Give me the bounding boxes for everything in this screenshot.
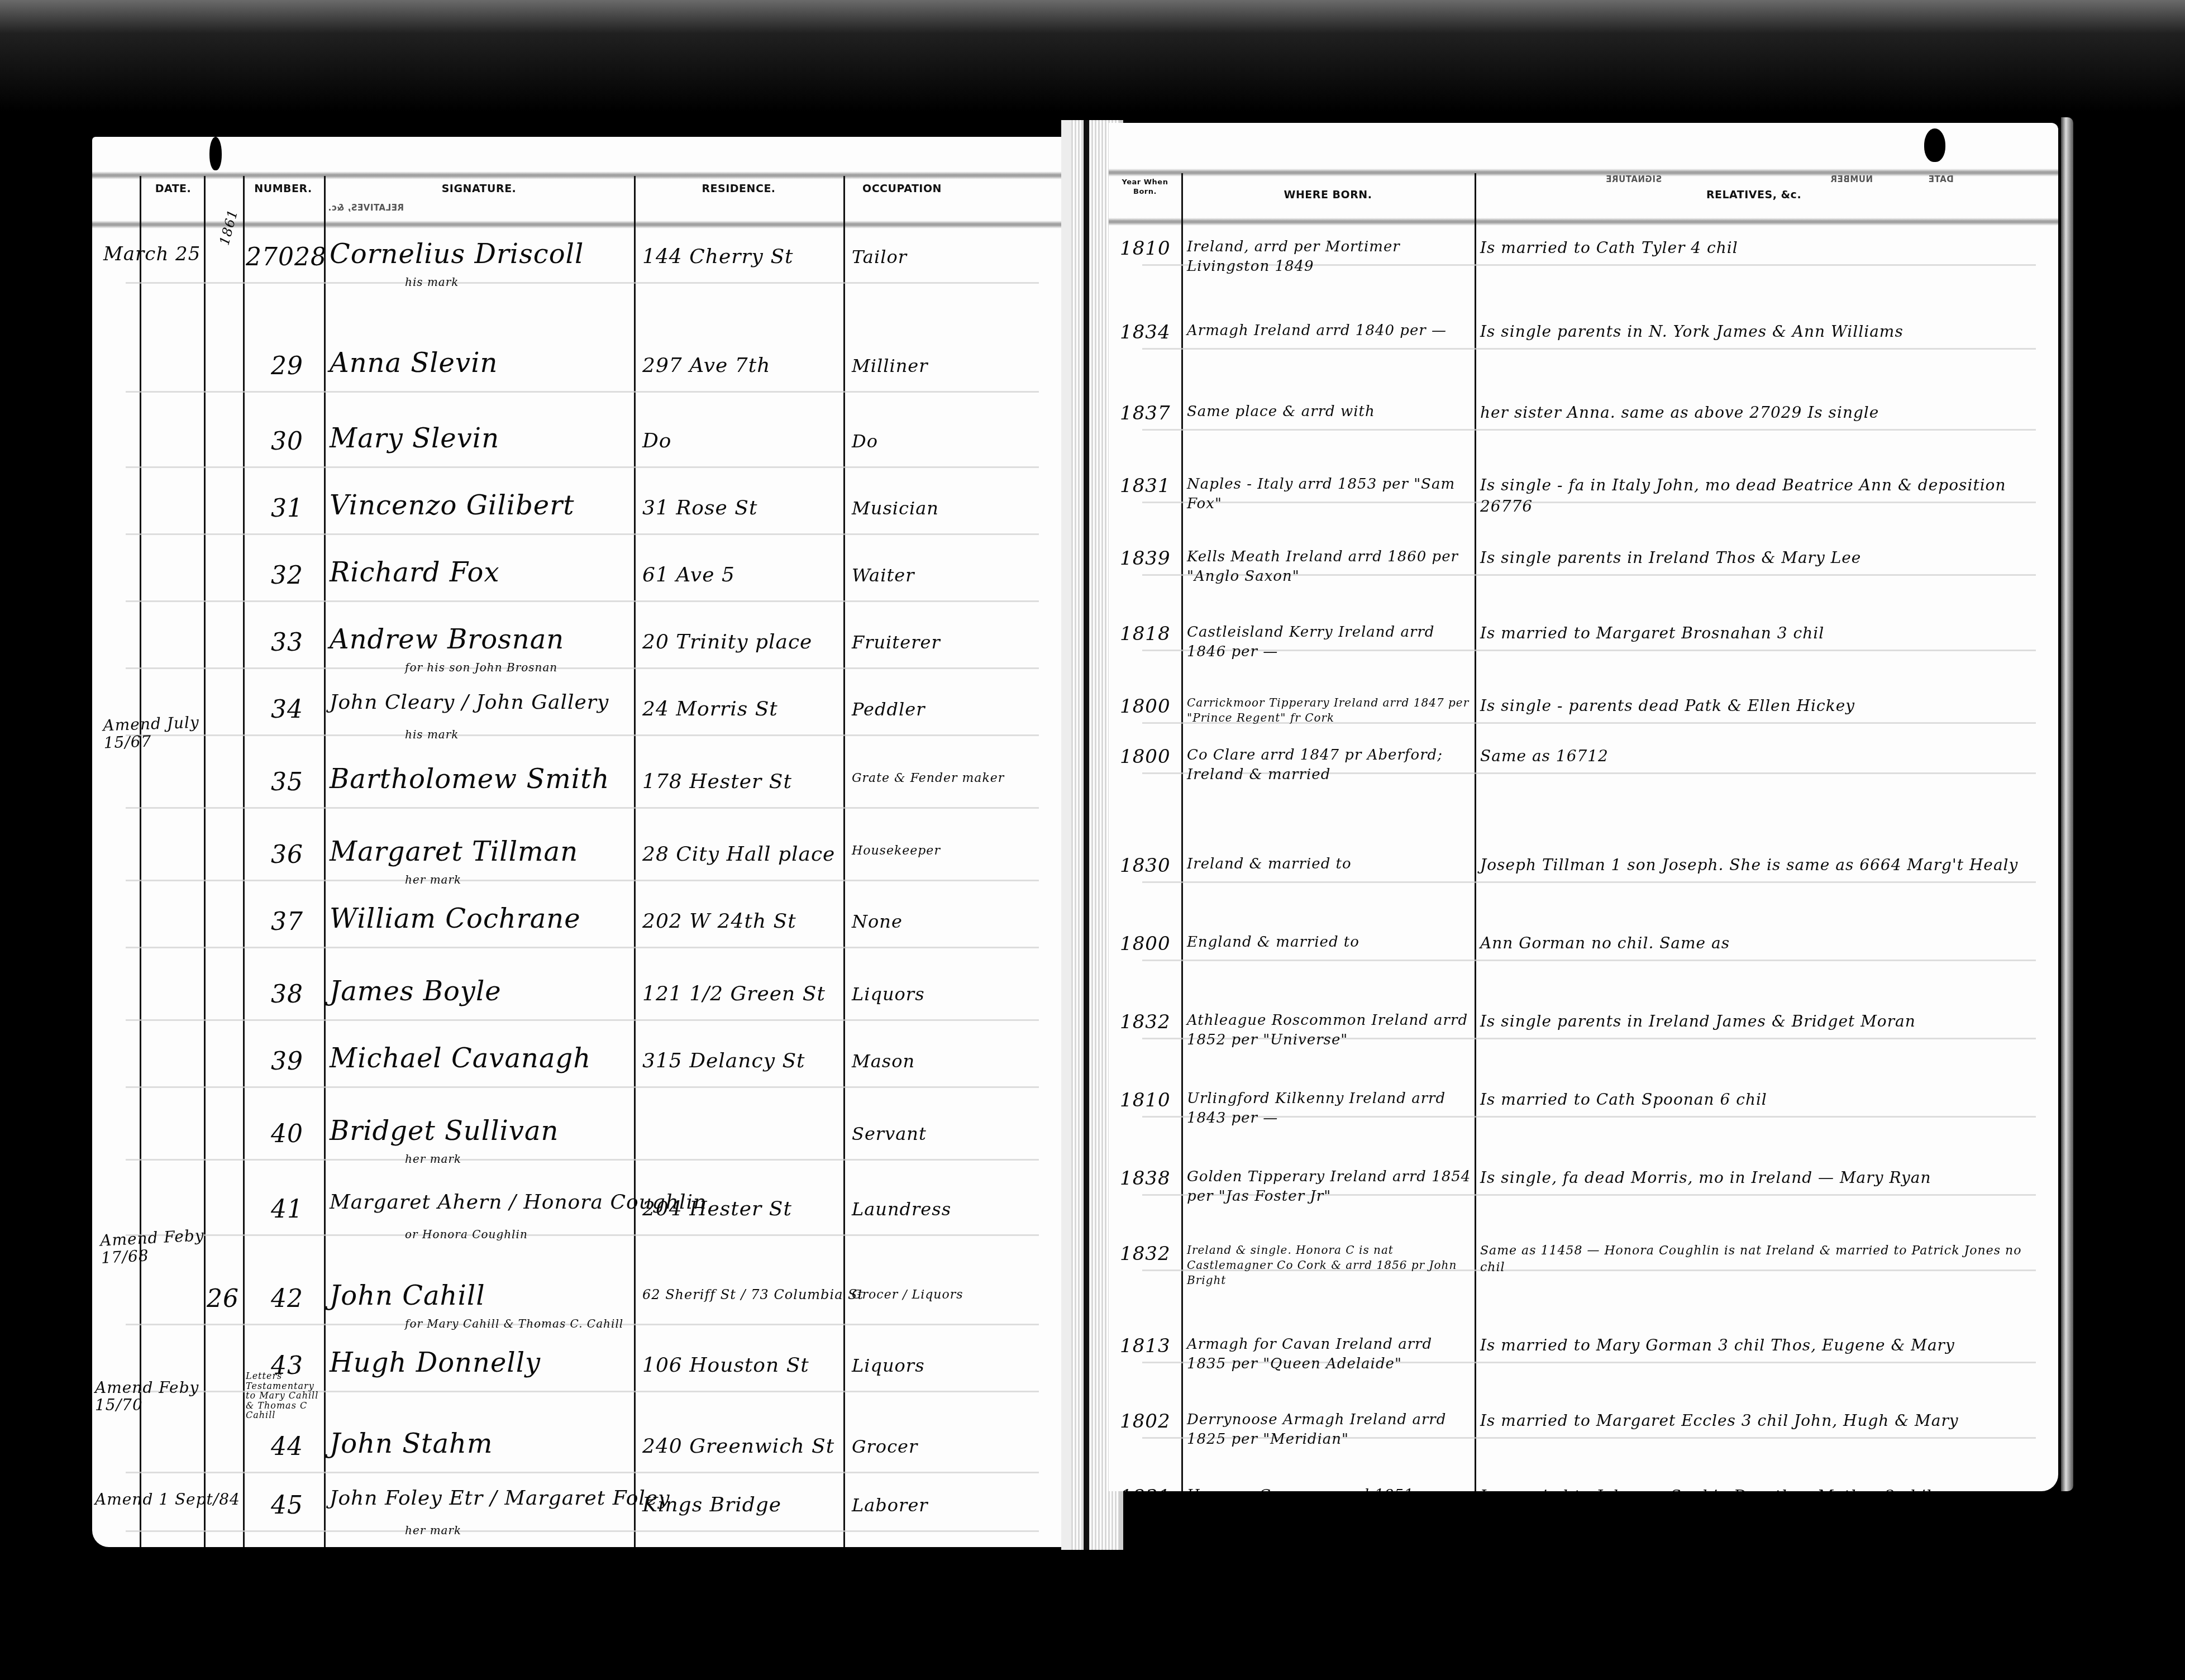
entry-occupation: Musician bbox=[852, 498, 939, 519]
table-row: 1800Co Clare arrd 1847 pr Aberford; Irel… bbox=[1109, 746, 2058, 807]
entry-relatives: Is single parents in Ireland James & Bri… bbox=[1480, 1011, 2044, 1032]
entry-occupation: Grocer / Liquors bbox=[852, 1288, 963, 1302]
entry-occupation: Waiter bbox=[852, 565, 915, 586]
header-year-born: Year When Born. bbox=[1114, 178, 1176, 197]
book-cover-edge bbox=[2061, 117, 2073, 1491]
row-rule bbox=[126, 600, 1039, 602]
margin-note: Amend Feby 17/68 bbox=[100, 1225, 247, 1267]
entry-residence: 144 Cherry St bbox=[642, 245, 794, 268]
entry-occupation: Grocer bbox=[852, 1436, 918, 1457]
entry-relatives: Is married to Margaret Eccles 3 chil Joh… bbox=[1480, 1410, 2044, 1431]
entry-residence: 106 Houston St bbox=[642, 1354, 809, 1377]
entry-signature: William Cochrane bbox=[330, 903, 581, 934]
margin-note: Amend 1 Sept/84 bbox=[95, 1491, 240, 1509]
ink-blot bbox=[1924, 128, 1945, 162]
table-row: 29Anna Slevin297 Ave 7thMilliner bbox=[92, 352, 1061, 413]
entry-occupation: Milliner bbox=[852, 355, 928, 376]
entry-relatives: Same as 11458 — Honora Coughlin is nat I… bbox=[1480, 1243, 2044, 1276]
entry-signature: Michael Cavanagh bbox=[330, 1043, 591, 1074]
entry-signature: Richard Fox bbox=[330, 557, 499, 588]
entry-where-born: Golden Tipperary Ireland arrd 1854 per "… bbox=[1187, 1167, 1472, 1206]
header-relatives: RELATIVES, &c. bbox=[1475, 189, 2033, 201]
entry-relatives: Is single - fa in Italy John, mo dead Be… bbox=[1480, 475, 2044, 517]
header-rule-top bbox=[92, 171, 1061, 179]
entry-year-born: 1800 bbox=[1120, 933, 1171, 955]
entry-where-born: England & married to bbox=[1187, 933, 1472, 952]
row-rule bbox=[1142, 348, 2036, 350]
header-residence: RESIDENCE. bbox=[634, 183, 843, 195]
row-rule bbox=[126, 391, 1039, 393]
entry-residence: 121 1/2 Green St bbox=[642, 982, 826, 1005]
entry-number: 33 bbox=[271, 628, 303, 657]
header-mirrored-signature: SIGNATURE bbox=[1589, 174, 1678, 184]
entry-relatives: Is married to Margaret Brosnahan 3 chil bbox=[1480, 623, 2044, 644]
table-row: 31Vincenzo Gilibert31 Rose StMusician bbox=[92, 494, 1061, 556]
entry-where-born: Co Clare arrd 1847 pr Aberford; Ireland … bbox=[1187, 746, 1472, 785]
header-signature: SIGNATURE. bbox=[324, 183, 634, 195]
entry-signature: Mary Slevin bbox=[330, 423, 499, 454]
entry-date: 26 bbox=[207, 1285, 239, 1313]
entry-year-born: 1838 bbox=[1120, 1167, 1171, 1190]
margin-note: Amend Feby 15/70 bbox=[95, 1380, 240, 1414]
row-rule bbox=[126, 734, 1039, 736]
header-number: NUMBER. bbox=[244, 183, 322, 195]
entry-mark: for his son John Brosnan bbox=[405, 661, 557, 674]
row-rule bbox=[126, 880, 1039, 881]
header-mirrored-bleed: RELATIVES, &c. bbox=[310, 203, 422, 213]
entry-relatives: Is married to Mary Gorman 3 chil Thos, E… bbox=[1480, 1335, 2044, 1356]
table-row: 2642John Cahillfor Mary Cahill & Thomas … bbox=[92, 1285, 1061, 1346]
entry-occupation: Liquors bbox=[852, 984, 925, 1005]
entry-residence: Do bbox=[642, 429, 672, 452]
entry-number: 31 bbox=[271, 494, 303, 523]
entry-where-born: Same place & arrd with bbox=[1187, 402, 1472, 422]
entry-where-born: Derrynoose Armagh Ireland arrd 1825 per … bbox=[1187, 1410, 1472, 1449]
entry-occupation: Grate & Fender maker bbox=[852, 771, 1004, 785]
table-row: 1800England & married toAnn Gorman no ch… bbox=[1109, 933, 2058, 994]
table-row: 1832Ireland & single. Honora C is nat Ca… bbox=[1109, 1243, 2058, 1304]
entry-number: 45 bbox=[271, 1491, 303, 1520]
entry-relatives: Is single parents in Ireland Thos & Mary… bbox=[1480, 547, 2044, 569]
row-rule bbox=[1142, 881, 2036, 883]
entry-occupation: Servant bbox=[852, 1123, 927, 1144]
entry-relatives: Joseph Tillman 1 son Joseph. She is same… bbox=[1480, 855, 2044, 876]
entry-year-born: 1818 bbox=[1120, 623, 1171, 645]
header-rule-bottom bbox=[1109, 218, 2058, 226]
entry-where-born: Carrickmoor Tipperary Ireland arrd 1847 … bbox=[1187, 695, 1472, 726]
entry-relatives: Is single parents in N. York James & Ann… bbox=[1480, 321, 2044, 342]
entry-mark: his mark bbox=[405, 728, 459, 741]
entry-where-born: Kells Meath Ireland arrd 1860 per "Anglo… bbox=[1187, 547, 1472, 586]
entry-year-born: 1810 bbox=[1120, 237, 1171, 260]
entry-relatives: Is single - parents dead Patk & Ellen Hi… bbox=[1480, 695, 2044, 717]
table-row: 30Mary SlevinDoDo bbox=[92, 427, 1061, 489]
row-rule bbox=[126, 1472, 1039, 1473]
entry-residence: 31 Rose St bbox=[642, 497, 757, 519]
header-occupation: OCCUPATION bbox=[843, 183, 961, 195]
table-row: 35Bartholomew Smith178 Hester StGrate & … bbox=[92, 768, 1061, 829]
entry-residence: 240 Greenwich St bbox=[642, 1435, 834, 1458]
row-rule bbox=[126, 1019, 1039, 1021]
entry-where-born: Ireland & married to bbox=[1187, 855, 1472, 874]
row-rule bbox=[126, 1159, 1039, 1161]
entry-residence: 204 Hester St bbox=[642, 1197, 792, 1220]
entry-number: 41 bbox=[271, 1195, 303, 1224]
entry-year-born: 1813 bbox=[1120, 1335, 1171, 1357]
entry-residence: 315 Delancy St bbox=[642, 1049, 805, 1072]
entry-number: 27028 bbox=[246, 243, 327, 271]
margin-note: Letters Testamentary to Mary Cahill & Th… bbox=[246, 1371, 324, 1420]
entry-year-born: 1802 bbox=[1120, 1410, 1171, 1433]
entry-where-born: Athleague Roscommon Ireland arrd 1852 pe… bbox=[1187, 1011, 1472, 1050]
entry-occupation: Housekeeper bbox=[852, 844, 941, 858]
entry-relatives: Is married to Cath Tyler 4 chil bbox=[1480, 237, 2044, 259]
table-row: 1839Kells Meath Ireland arrd 1860 per "A… bbox=[1109, 547, 2058, 609]
row-rule bbox=[126, 1086, 1039, 1088]
entry-signature: John Cleary / John Gallery bbox=[330, 691, 609, 714]
entry-where-born: Armagh for Cavan Ireland arrd 1835 per "… bbox=[1187, 1335, 1472, 1374]
entry-where-born: Armagh Ireland arrd 1840 per — bbox=[1187, 321, 1472, 341]
entry-year-born: 1831 bbox=[1120, 1486, 1171, 1491]
entry-occupation: None bbox=[852, 911, 903, 932]
entry-signature: Margaret Tillman bbox=[330, 836, 578, 867]
entry-year-born: 1830 bbox=[1120, 855, 1171, 877]
table-row: 33Andrew Brosnanfor his son John Brosnan… bbox=[92, 628, 1061, 690]
entry-signature: Bartholomew Smith bbox=[330, 763, 609, 795]
entry-residence: 178 Hester St bbox=[642, 770, 792, 793]
entry-signature: Hugh Donnelly bbox=[330, 1347, 541, 1378]
table-row: 32Richard Fox61 Ave 5Waiter bbox=[92, 561, 1061, 623]
entry-relatives: Is single, fa dead Morris, mo in Ireland… bbox=[1480, 1167, 2044, 1189]
entry-occupation: Peddler bbox=[852, 699, 925, 720]
entry-number: 40 bbox=[271, 1120, 303, 1148]
entry-residence: 202 W 24th St bbox=[642, 910, 796, 933]
table-row: 44John Stahm240 Greenwich StGrocer bbox=[92, 1433, 1061, 1494]
entry-mark: her mark bbox=[405, 1152, 461, 1166]
entry-signature: Vincenzo Gilibert bbox=[330, 490, 575, 521]
entry-where-born: Hanover Germany arrd 1851 per "Agnes" fr… bbox=[1187, 1486, 1472, 1491]
entry-signature: Cornelius Driscoll bbox=[330, 238, 584, 270]
entry-year-born: 1832 bbox=[1120, 1243, 1171, 1265]
entry-where-born: Ireland, arrd per Mortimer Livingston 18… bbox=[1187, 237, 1472, 276]
entry-occupation: Tailor bbox=[852, 246, 907, 268]
entry-year-born: 1832 bbox=[1120, 1011, 1171, 1033]
header-rule-top bbox=[1109, 169, 2058, 176]
header-where-born: WHERE BORN. bbox=[1181, 189, 1475, 201]
table-row: 39Michael Cavanagh315 Delancy StMason bbox=[92, 1047, 1061, 1109]
entry-mark: her mark bbox=[405, 873, 461, 886]
table-row: 38James Boyle121 1/2 Green StLiquors bbox=[92, 980, 1061, 1042]
entry-signature: Bridget Sullivan bbox=[330, 1115, 559, 1147]
entry-year-born: 1834 bbox=[1120, 321, 1171, 343]
entry-year-born: 1837 bbox=[1120, 402, 1171, 424]
entry-number: 37 bbox=[271, 908, 303, 936]
table-row: 1830Ireland & married toJoseph Tillman 1… bbox=[1109, 855, 2058, 916]
row-rule bbox=[126, 466, 1039, 468]
table-row: March 2527028Cornelius Driscollhis mark1… bbox=[92, 243, 1061, 304]
table-row: 1831Naples - Italy arrd 1853 per "Sam Fo… bbox=[1109, 475, 2058, 536]
header-mirrored-number: NUMBER bbox=[1818, 174, 1885, 184]
entry-signature: Anna Slevin bbox=[330, 347, 498, 379]
entry-signature: Andrew Brosnan bbox=[330, 624, 564, 655]
entry-year-born: 1839 bbox=[1120, 547, 1171, 570]
left-page: DATE. NUMBER. RELATIVES, &c. SIGNATURE. … bbox=[92, 137, 1061, 1547]
header-date: DATE. bbox=[145, 183, 201, 195]
table-row: 1838Golden Tipperary Ireland arrd 1854 p… bbox=[1109, 1167, 2058, 1229]
entry-number: 29 bbox=[271, 352, 303, 380]
table-row: 1802Derrynoose Armagh Ireland arrd 1825 … bbox=[1109, 1410, 2058, 1472]
row-rule bbox=[1142, 429, 2036, 431]
entry-occupation: Liquors bbox=[852, 1355, 925, 1376]
entry-where-born: Urlingford Kilkenny Ireland arrd 1843 pe… bbox=[1187, 1089, 1472, 1128]
entry-occupation: Do bbox=[852, 431, 878, 452]
entry-relatives: Ann Gorman no chil. Same as bbox=[1480, 933, 2044, 954]
entry-residence: Kings Bridge bbox=[642, 1493, 781, 1516]
entry-mark: her mark bbox=[405, 1524, 461, 1537]
entry-occupation: Laborer bbox=[852, 1495, 928, 1516]
entry-where-born: Ireland & single. Honora C is nat Castle… bbox=[1187, 1243, 1472, 1288]
entry-mark: for Mary Cahill & Thomas C. Cahill bbox=[405, 1317, 623, 1330]
entry-relatives: Is married to Cath Spoonan 6 chil bbox=[1480, 1089, 2044, 1110]
entry-where-born: Castleisland Kerry Ireland arrd 1846 per… bbox=[1187, 623, 1472, 662]
table-row: 1818Castleisland Kerry Ireland arrd 1846… bbox=[1109, 623, 2058, 684]
row-rule bbox=[126, 1530, 1039, 1532]
entry-signature: James Boyle bbox=[330, 976, 502, 1007]
table-row: 1834Armagh Ireland arrd 1840 per —Is sin… bbox=[1109, 321, 2058, 383]
entry-residence: 62 Sheriff St / 73 Columbia St bbox=[642, 1287, 863, 1302]
ink-blot bbox=[209, 137, 222, 170]
table-row: 36Margaret Tillmanher mark28 City Hall p… bbox=[92, 841, 1061, 902]
entry-signature: John Foley Etr / Margaret Foley bbox=[330, 1487, 670, 1510]
row-rule bbox=[126, 282, 1039, 284]
entry-number: 39 bbox=[271, 1047, 303, 1076]
entry-date: March 25 bbox=[103, 243, 201, 265]
entry-residence: 24 Morris St bbox=[642, 698, 778, 720]
entry-relatives: her sister Anna. same as above 27029 Is … bbox=[1480, 402, 2044, 423]
table-row: 1810Urlingford Kilkenny Ireland arrd 184… bbox=[1109, 1089, 2058, 1151]
entry-year-born: 1800 bbox=[1120, 746, 1171, 768]
header-mirrored-date: DATE bbox=[1919, 174, 1963, 184]
entry-mark: his mark bbox=[405, 275, 459, 289]
entry-number: 36 bbox=[271, 841, 303, 869]
table-row: 40Bridget Sullivanher markServant bbox=[92, 1120, 1061, 1181]
entry-number: 30 bbox=[271, 427, 303, 456]
entry-where-born: Naples - Italy arrd 1853 per "Sam Fox" bbox=[1187, 475, 1472, 514]
row-rule bbox=[1142, 960, 2036, 961]
table-row: 1831Hanover Germany arrd 1851 per "Agnes… bbox=[1109, 1486, 2058, 1491]
table-row: 1810Ireland, arrd per Mortimer Livingsto… bbox=[1109, 237, 2058, 299]
row-rule bbox=[126, 667, 1039, 669]
entry-year-born: 1800 bbox=[1120, 695, 1171, 718]
table-row: 1837Same place & arrd withher sister Ann… bbox=[1109, 402, 2058, 464]
row-rule bbox=[126, 947, 1039, 948]
entry-residence: 297 Ave 7th bbox=[642, 354, 770, 377]
entry-occupation: Fruiterer bbox=[852, 632, 941, 653]
entry-number: 35 bbox=[271, 768, 303, 796]
table-row: 37William Cochrane202 W 24th StNone bbox=[92, 908, 1061, 969]
entry-number: 42 bbox=[271, 1285, 303, 1313]
entry-residence: 28 City Hall place bbox=[642, 843, 835, 866]
entry-mark: or Honora Coughlin bbox=[405, 1228, 528, 1241]
entry-residence: 61 Ave 5 bbox=[642, 564, 735, 586]
row-rule bbox=[126, 1234, 1039, 1236]
entry-signature: John Stahm bbox=[330, 1428, 493, 1459]
entry-occupation: Mason bbox=[852, 1051, 915, 1072]
right-page: Year When Born. WHERE BORN. SIGNATURE RE… bbox=[1109, 123, 2058, 1491]
entry-number: 38 bbox=[271, 980, 303, 1009]
table-row: 1832Athleague Roscommon Ireland arrd 185… bbox=[1109, 1011, 2058, 1072]
entry-signature: John Cahill bbox=[330, 1280, 485, 1311]
entry-year-born: 1831 bbox=[1120, 475, 1171, 497]
row-rule bbox=[126, 533, 1039, 535]
margin-note: Amend July 15/67 bbox=[103, 712, 249, 752]
entry-number: 34 bbox=[271, 695, 303, 724]
entry-number: 32 bbox=[271, 561, 303, 590]
entry-relatives: Same as 16712 bbox=[1480, 746, 2044, 767]
entry-number: 44 bbox=[271, 1433, 303, 1461]
entry-residence: 20 Trinity place bbox=[642, 631, 812, 653]
entry-occupation: Laundress bbox=[852, 1199, 951, 1220]
entry-relatives: Is married to Johanna Sophia Dorothea Ma… bbox=[1480, 1486, 2044, 1491]
row-rule bbox=[126, 807, 1039, 809]
entry-year-born: 1810 bbox=[1120, 1089, 1171, 1111]
table-row: 1813Armagh for Cavan Ireland arrd 1835 p… bbox=[1109, 1335, 2058, 1396]
